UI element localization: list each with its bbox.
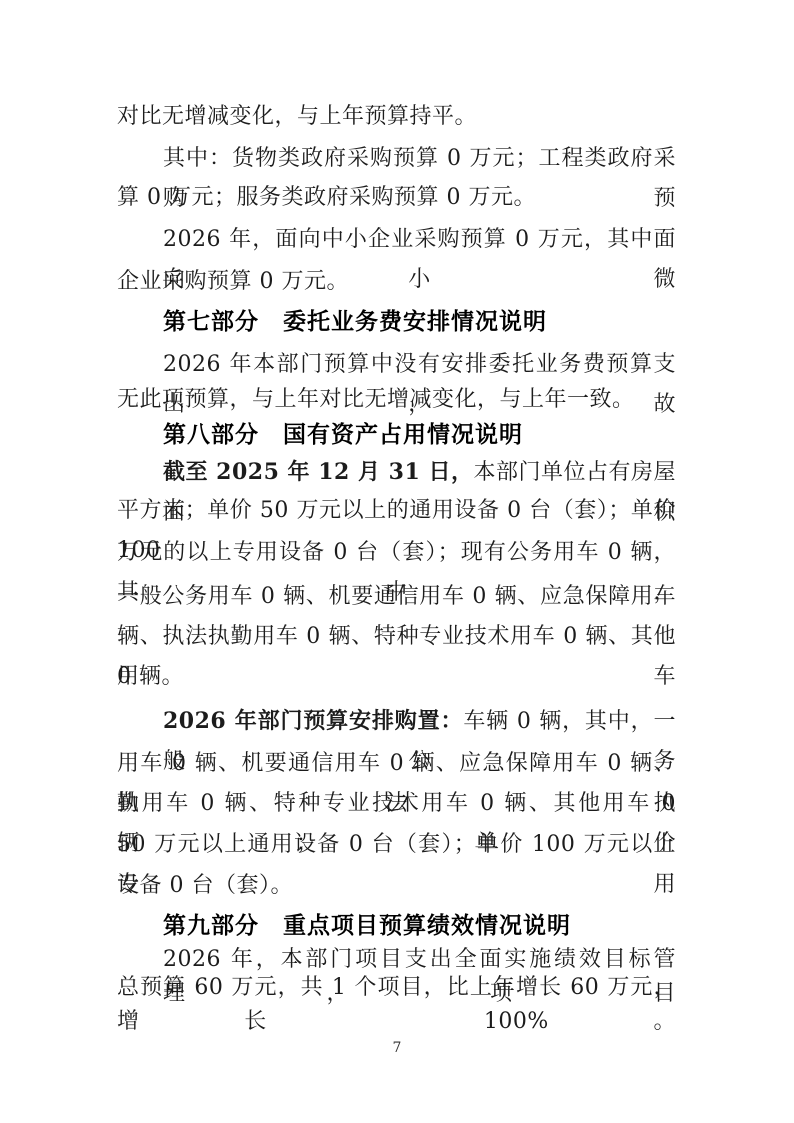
- body-text-line: 对比无增减变化，与上年预算持平。: [117, 96, 676, 137]
- body-text-line: 总预算 60 万元，共 1 个项目，比上年增长 60 万元，增长 100%。: [117, 970, 676, 1039]
- section-heading-part8: 第八部分 国有资产占用情况说明: [117, 415, 676, 455]
- body-text-line: 企业采购预算 0 万元。: [117, 261, 676, 302]
- section-heading-part9: 第九部分 重点项目预算绩效情况说明: [117, 906, 676, 946]
- body-text-line: 无此项预算，与上年对比无增减变化，与上年一致。: [117, 379, 676, 420]
- body-text-line: 算 0 万元；服务类政府采购预算 0 万元。: [117, 177, 676, 218]
- section-heading-part7: 第七部分 委托业务费安排情况说明: [117, 302, 676, 342]
- body-text-line: 0 辆。: [117, 656, 676, 697]
- document-page: 对比无增减变化，与上年预算持平。 其中：货物类政府采购预算 0 万元；工程类政府…: [0, 0, 794, 1123]
- body-text-line: 一般公务用车 0 辆、机要通信用车 0 辆、应急保障用车: [117, 576, 676, 617]
- page-number: 7: [0, 1038, 794, 1058]
- body-text-line: 设备 0 台（套）。: [117, 865, 676, 906]
- document-body: 对比无增减变化，与上年预算持平。 其中：货物类政府采购预算 0 万元；工程类政府…: [117, 0, 676, 1123]
